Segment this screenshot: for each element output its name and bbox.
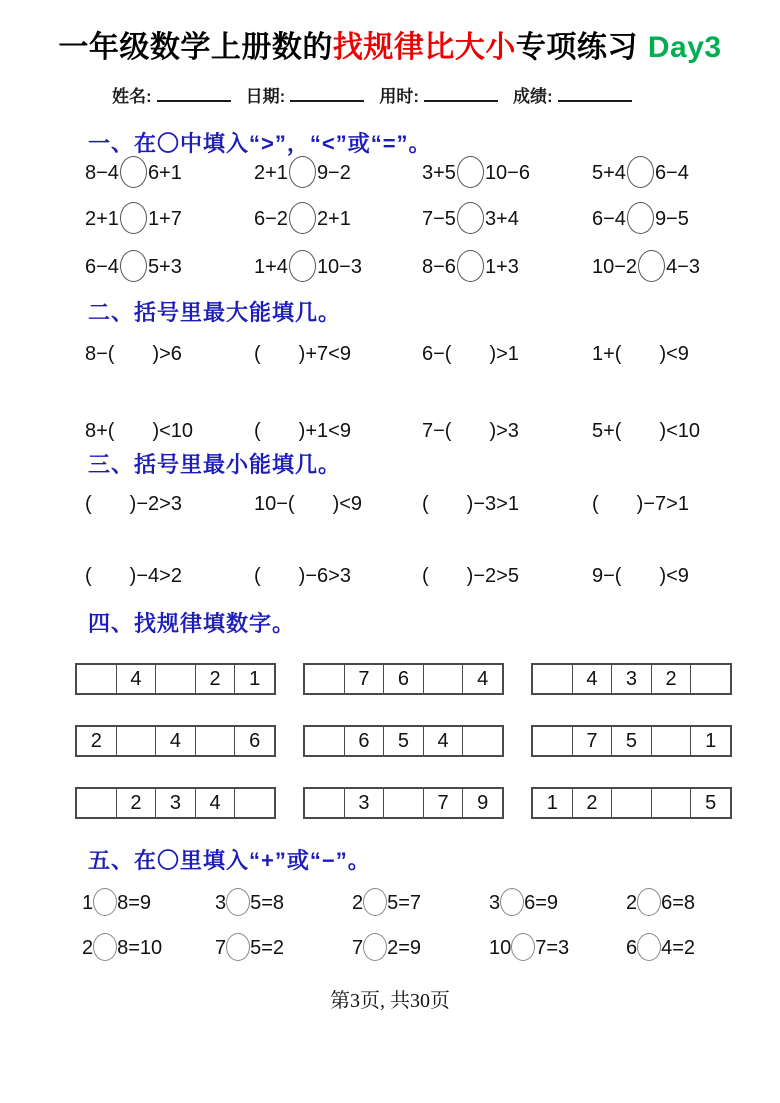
expression-right: 5=7	[387, 892, 421, 914]
table-cell: 4	[156, 727, 196, 755]
section-five-row: 18=935=825=736=926=8	[0, 885, 780, 927]
info-blank-line	[558, 87, 632, 102]
bracket-problem: ()+7<9	[254, 336, 351, 372]
comparison-problem: 8−61+3	[422, 249, 519, 285]
bracket-problem: 9−()<9	[592, 558, 689, 594]
sign-problem: 75=2	[215, 930, 284, 966]
expression-left: 7	[352, 937, 363, 959]
expression-left: 7−5	[422, 208, 456, 230]
expression-left: 3+5	[422, 162, 456, 184]
sign-problem: 28=10	[82, 930, 162, 966]
expression-left: 10	[489, 937, 511, 959]
expression-pre: 8+(	[85, 420, 114, 442]
expression-right: 1+3	[485, 256, 519, 278]
table-cell	[652, 727, 692, 755]
expression-pre: 8−(	[85, 343, 114, 365]
expression-left: 6−4	[85, 256, 119, 278]
section-three-heading: 三、括号里最小能填几。	[88, 448, 341, 479]
expression-left: 10−2	[592, 256, 637, 278]
info-blank-line	[290, 87, 364, 102]
expression-left: 2	[82, 937, 93, 959]
bracket-problem: 8−()>6	[85, 336, 182, 372]
expression-right: 5=2	[250, 937, 284, 959]
table-cell	[384, 789, 424, 817]
answer-circle	[120, 250, 147, 282]
answer-circle	[120, 156, 147, 188]
table-cell	[117, 727, 157, 755]
comparison-problem: 2+19−2	[254, 155, 351, 191]
table-cell: 4	[463, 665, 502, 693]
expression-pre: (	[85, 565, 92, 587]
expression-left: 8−6	[422, 256, 456, 278]
expression-post: )<10	[659, 420, 700, 442]
section-one-heading: 一、在〇中填入“>”，“<”或“=”。	[88, 127, 432, 158]
answer-circle	[363, 933, 387, 961]
table-cell	[235, 789, 274, 817]
expression-post: )>1	[489, 343, 518, 365]
table-cell: 5	[612, 727, 652, 755]
table-cell	[533, 727, 573, 755]
expression-right: 6−4	[655, 162, 689, 184]
section-three-row: ()−4>2()−6>3()−2>59−()<9	[0, 558, 780, 600]
expression-left: 8−4	[85, 162, 119, 184]
table-cell	[305, 789, 345, 817]
table-cell: 3	[612, 665, 652, 693]
expression-pre: (	[85, 493, 92, 515]
expression-right: 6+1	[148, 162, 182, 184]
expression-post: )<9	[333, 493, 362, 515]
expression-right: 10−3	[317, 256, 362, 278]
table-cell: 1	[235, 665, 274, 693]
expression-post: )<9	[659, 565, 688, 587]
bracket-problem: ()−2>5	[422, 558, 519, 594]
section-one-row: 2+11+76−22+17−53+46−49−5	[0, 201, 780, 243]
number-pattern-table: 421	[75, 663, 276, 695]
bracket-problem: ()−2>3	[85, 486, 182, 522]
expression-left: 7	[215, 937, 226, 959]
table-cell: 4	[573, 665, 613, 693]
answer-circle	[120, 202, 147, 234]
answer-circle	[363, 888, 387, 916]
bracket-problem: ()−3>1	[422, 486, 519, 522]
expression-right: 6=9	[524, 892, 558, 914]
answer-circle	[93, 888, 117, 916]
number-pattern-table: 432	[531, 663, 732, 695]
sign-problem: 26=8	[626, 885, 695, 921]
expression-left: 3	[215, 892, 226, 914]
info-label: 日期:	[246, 87, 286, 106]
info-label: 姓名:	[112, 87, 152, 106]
title-part-topic: 找规律比大小	[333, 31, 516, 64]
expression-left: 6−4	[592, 208, 626, 230]
number-pattern-table: 125	[531, 787, 732, 819]
table-cell: 5	[691, 789, 730, 817]
section-four-row: 421764432	[0, 663, 780, 705]
info-field: 用时:	[379, 87, 498, 106]
table-cell	[652, 789, 692, 817]
expression-pre: 10−(	[254, 493, 295, 515]
expression-right: 8=9	[117, 892, 151, 914]
info-field: 日期:	[246, 87, 365, 106]
section-five-row: 28=1075=272=9107=364=2	[0, 930, 780, 972]
expression-post: )>3	[489, 420, 518, 442]
sign-problem: 64=2	[626, 930, 695, 966]
expression-left: 2	[352, 892, 363, 914]
table-cell: 6	[345, 727, 385, 755]
expression-pre: (	[254, 420, 261, 442]
answer-circle	[457, 250, 484, 282]
expression-right: 8=10	[117, 937, 162, 959]
table-cell: 1	[533, 789, 573, 817]
expression-right: 5+3	[148, 256, 182, 278]
table-cell	[196, 727, 236, 755]
expression-pre: (	[592, 493, 599, 515]
answer-circle	[637, 933, 661, 961]
expression-post: )−7>1	[637, 493, 689, 515]
expression-post: )<10	[152, 420, 193, 442]
table-cell	[77, 789, 117, 817]
expression-right: 9−5	[655, 208, 689, 230]
section-two-row: 8−()>6()+7<96−()>11+()<9	[0, 336, 780, 378]
number-pattern-table: 654	[303, 725, 504, 757]
number-pattern-table: 751	[531, 725, 732, 757]
table-cell: 6	[235, 727, 274, 755]
expression-pre: (	[254, 565, 261, 587]
answer-circle	[627, 156, 654, 188]
answer-circle	[226, 933, 250, 961]
expression-left: 6	[626, 937, 637, 959]
sign-problem: 35=8	[215, 885, 284, 921]
section-four-heading: 四、找规律填数字。	[88, 607, 295, 638]
sign-problem: 18=9	[82, 885, 151, 921]
expression-right: 1+7	[148, 208, 182, 230]
table-cell	[691, 665, 730, 693]
table-cell	[305, 665, 345, 693]
expression-right: 4=2	[661, 937, 695, 959]
sign-problem: 107=3	[489, 930, 569, 966]
table-cell	[533, 665, 573, 693]
number-pattern-table: 246	[75, 725, 276, 757]
answer-circle	[226, 888, 250, 916]
comparison-problem: 5+46−4	[592, 155, 689, 191]
answer-circle	[457, 156, 484, 188]
expression-pre: (	[422, 493, 429, 515]
expression-post: )>6	[152, 343, 181, 365]
title-day-badge: Day3	[648, 31, 722, 64]
section-four-row: 246654751	[0, 725, 780, 767]
expression-right: 10−6	[485, 162, 530, 184]
info-label: 成绩:	[513, 87, 553, 106]
expression-post: )+1<9	[299, 420, 351, 442]
expression-right: 2+1	[317, 208, 351, 230]
bracket-problem: ()+1<9	[254, 413, 351, 449]
expression-pre: (	[422, 565, 429, 587]
table-cell: 2	[652, 665, 692, 693]
expression-right: 4−3	[666, 256, 700, 278]
info-blank-line	[157, 87, 231, 102]
title-part-grade: 一年级数学上册数的	[58, 31, 333, 64]
answer-circle	[637, 888, 661, 916]
table-cell: 2	[117, 789, 157, 817]
table-cell: 2	[196, 665, 236, 693]
section-one-row: 6−45+31+410−38−61+310−24−3	[0, 249, 780, 291]
page-title: 一年级数学上册数的找规律比大小专项练习Day3	[0, 22, 780, 66]
sign-problem: 36=9	[489, 885, 558, 921]
expression-right: 9−2	[317, 162, 351, 184]
section-one-row: 8−46+12+19−23+510−65+46−4	[0, 155, 780, 197]
bracket-problem: 8+()<10	[85, 413, 193, 449]
table-cell	[612, 789, 652, 817]
table-cell: 4	[117, 665, 157, 693]
number-pattern-table: 764	[303, 663, 504, 695]
table-cell: 3	[156, 789, 196, 817]
expression-pre: 5+(	[592, 420, 621, 442]
number-pattern-table: 234	[75, 787, 276, 819]
comparison-problem: 6−22+1	[254, 201, 351, 237]
bracket-problem: ()−4>2	[85, 558, 182, 594]
expression-right: 2=9	[387, 937, 421, 959]
answer-circle	[511, 933, 535, 961]
expression-pre: (	[254, 343, 261, 365]
bracket-problem: 10−()<9	[254, 486, 362, 522]
bracket-problem: ()−7>1	[592, 486, 689, 522]
comparison-problem: 10−24−3	[592, 249, 700, 285]
table-cell	[77, 665, 117, 693]
comparison-problem: 8−46+1	[85, 155, 182, 191]
expression-post: )−4>2	[130, 565, 182, 587]
answer-circle	[289, 156, 316, 188]
table-cell: 3	[345, 789, 385, 817]
table-cell: 5	[384, 727, 424, 755]
comparison-problem: 6−45+3	[85, 249, 182, 285]
section-four-row: 234379125	[0, 787, 780, 829]
table-cell	[156, 665, 196, 693]
expression-left: 1	[82, 892, 93, 914]
table-cell: 2	[77, 727, 117, 755]
title-part-practice: 专项练习	[516, 31, 638, 64]
expression-left: 2+1	[254, 162, 288, 184]
answer-circle	[500, 888, 524, 916]
expression-left: 3	[489, 892, 500, 914]
answer-circle	[93, 933, 117, 961]
expression-left: 2	[626, 892, 637, 914]
table-cell: 7	[424, 789, 464, 817]
comparison-problem: 1+410−3	[254, 249, 362, 285]
table-cell: 9	[463, 789, 502, 817]
page-number: 第3页, 共30页	[0, 984, 780, 1013]
sign-problem: 25=7	[352, 885, 421, 921]
expression-left: 1+4	[254, 256, 288, 278]
info-label: 用时:	[379, 87, 419, 106]
table-cell	[463, 727, 502, 755]
worksheet-page: 一年级数学上册数的找规律比大小专项练习Day3 姓名:日期:用时:成绩: 一、在…	[0, 0, 780, 1103]
table-cell: 6	[384, 665, 424, 693]
expression-right: 6=8	[661, 892, 695, 914]
expression-post: )−2>3	[130, 493, 182, 515]
section-three-row: ()−2>310−()<9()−3>1()−7>1	[0, 486, 780, 528]
expression-right: 7=3	[535, 937, 569, 959]
expression-right: 3+4	[485, 208, 519, 230]
sign-problem: 72=9	[352, 930, 421, 966]
table-cell: 2	[573, 789, 613, 817]
answer-circle	[289, 250, 316, 282]
expression-pre: 1+(	[592, 343, 621, 365]
answer-circle	[627, 202, 654, 234]
table-cell: 7	[345, 665, 385, 693]
bracket-problem: 5+()<10	[592, 413, 700, 449]
expression-post: )+7<9	[299, 343, 351, 365]
number-pattern-table: 379	[303, 787, 504, 819]
answer-circle	[457, 202, 484, 234]
table-cell	[305, 727, 345, 755]
expression-post: )−6>3	[299, 565, 351, 587]
bracket-problem: 6−()>1	[422, 336, 519, 372]
comparison-problem: 6−49−5	[592, 201, 689, 237]
info-line: 姓名:日期:用时:成绩:	[112, 82, 647, 107]
expression-left: 5+4	[592, 162, 626, 184]
section-five-heading: 五、在〇里填入“+”或“−”。	[88, 844, 371, 875]
table-cell	[424, 665, 464, 693]
comparison-problem: 7−53+4	[422, 201, 519, 237]
comparison-problem: 2+11+7	[85, 201, 182, 237]
section-two-heading: 二、括号里最大能填几。	[88, 296, 341, 327]
table-cell: 7	[573, 727, 613, 755]
bracket-problem: 1+()<9	[592, 336, 689, 372]
expression-post: )−2>5	[467, 565, 519, 587]
comparison-problem: 3+510−6	[422, 155, 530, 191]
expression-post: )−3>1	[467, 493, 519, 515]
expression-pre: 7−(	[422, 420, 451, 442]
bracket-problem: ()−6>3	[254, 558, 351, 594]
table-cell: 1	[691, 727, 730, 755]
bracket-problem: 7−()>3	[422, 413, 519, 449]
answer-circle	[638, 250, 665, 282]
expression-pre: 9−(	[592, 565, 621, 587]
answer-circle	[289, 202, 316, 234]
expression-pre: 6−(	[422, 343, 451, 365]
info-field: 姓名:	[112, 87, 231, 106]
expression-right: 5=8	[250, 892, 284, 914]
expression-post: )<9	[659, 343, 688, 365]
expression-left: 6−2	[254, 208, 288, 230]
table-cell: 4	[424, 727, 464, 755]
table-cell: 4	[196, 789, 236, 817]
expression-left: 2+1	[85, 208, 119, 230]
info-field: 成绩:	[513, 87, 632, 106]
info-blank-line	[424, 87, 498, 102]
